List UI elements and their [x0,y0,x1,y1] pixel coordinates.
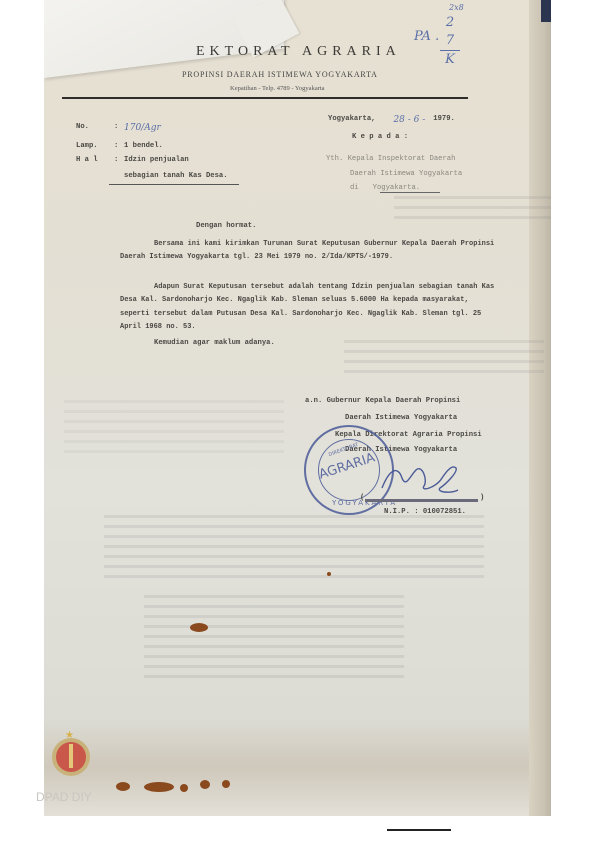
no-label: No. [76,123,114,133]
recipient-di: di [350,184,359,192]
lamp-value: 1 bendel. [124,142,163,150]
hal-value-line2: sebagian tanah Kas Desa. [124,172,228,180]
signature-bracket-open: ( [360,494,364,502]
handwritten-code: 2x8 [449,3,464,12]
signature-line-2: Daerah Istimewa Yogyakarta [345,414,457,422]
signatory-name-redacted [365,499,478,502]
hal-label: H a l [76,156,114,164]
lamp-label: Lamp. [76,142,114,150]
meta-hal: H a l : Idzin penjualan [76,156,189,164]
fraction-mid: 7 [438,32,462,50]
dateline: Yogyakarta, 28 - 6 - 1979. [328,115,455,125]
recipient-line3: di Yogyakarta. [350,184,420,192]
signature-line-1: a.n. Gubernur Kepala Daerah Propinsi [305,397,460,405]
background-corner [541,0,551,22]
body-paragraph-1: Bersama ini kami kirimkan Turunan Surat … [120,238,498,265]
recipient-underline [380,192,440,193]
fraction-bottom: K [438,51,462,69]
date-city: Yogyakarta, [328,115,375,125]
handwritten-prefix: PA . [414,29,439,44]
colon: : [114,142,124,150]
colon: : [114,156,124,164]
subject-underline [109,184,239,185]
bleed-through-text [394,196,551,226]
watermark-text: DPAD DIY [36,790,92,804]
handwritten-fraction: 2 7 K [438,14,462,69]
star-icon: ★ [65,730,74,741]
recipient-city: Yogyakarta. [373,184,420,192]
folder-edge [529,0,551,816]
fraction-top: 2 [438,14,462,32]
emblem-center-motif [69,744,73,768]
rust-stain [144,782,174,792]
rust-stain [327,572,331,576]
letterhead-address: Kepatihan - Telp. 4789 - Yogyakarta [230,85,325,92]
bleed-through-text [64,400,284,460]
recipient-line1: Yth. Kepala Inspektorat Daerah [326,155,455,163]
closing-line: Kemudian agar maklum adanya. [154,339,275,347]
bleed-through-text [144,595,404,680]
meta-no: No. : 170/Agr [76,123,161,133]
rust-stain [180,784,188,792]
footer-rule [387,829,451,831]
signature-bracket-close: ) [480,494,484,502]
rust-stain [200,780,210,789]
dpad-diy-emblem-icon: ★ [52,730,90,778]
date-year: 1979. [433,115,455,125]
recipient-line2: Daerah Istimewa Yogyakarta [350,170,462,178]
letterhead-subtitle: PROPINSI DAERAH ISTIMEWA YOGYAKARTA [182,70,378,79]
rust-stain [222,780,230,788]
letterhead-title: EKTORAT AGRARIA [196,44,401,60]
handwritten-signature [380,458,460,498]
salutation: Dengan hormat. [196,222,256,230]
kepada-label: K e p a d a : [352,133,408,141]
no-value: 170/Agr [124,123,161,133]
bleed-through-text [104,515,484,585]
letterhead-divider [62,97,468,99]
colon: : [114,123,124,133]
body-paragraph-2: Adapun Surat Keputusan tersebut adalah t… [120,281,498,334]
signatory-nip: N.I.P. : 010072851. [384,508,466,516]
meta-lamp: Lamp. : 1 bendel. [76,142,163,150]
rust-stain [190,623,208,632]
hal-value-line1: Idzin penjualan [124,156,189,164]
rust-stain [116,782,130,791]
date-handwritten: 28 - 6 - [393,115,425,125]
bleed-through-text [344,340,544,375]
